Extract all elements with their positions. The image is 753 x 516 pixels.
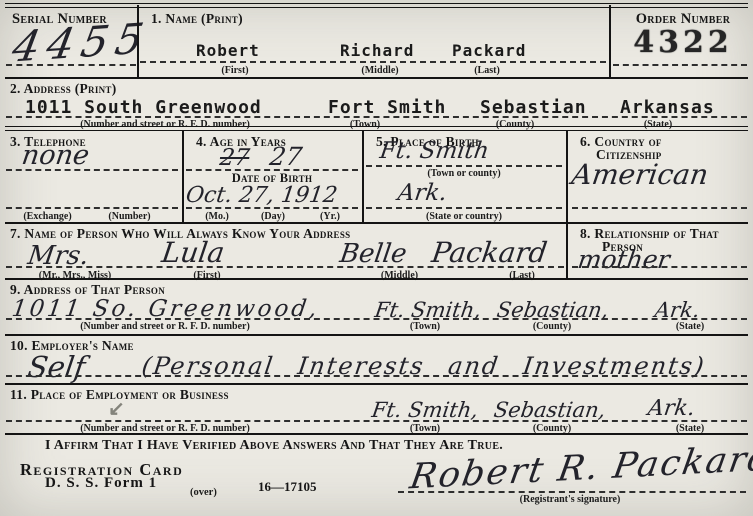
divider-name-order bbox=[609, 5, 611, 77]
contact-entry-line bbox=[6, 266, 564, 268]
order-number-value: 4322 bbox=[616, 25, 750, 60]
contact-first-value: Lula bbox=[160, 236, 227, 269]
contact-address-entry-line bbox=[6, 318, 747, 320]
address-entry-line bbox=[6, 116, 747, 118]
name-last-sublabel: (Last) bbox=[452, 65, 522, 76]
signature-sublabel: (Registrant's signature) bbox=[470, 494, 670, 505]
rule-row6-bottom bbox=[5, 383, 748, 385]
dob-mo-sublabel: (Mo.) bbox=[192, 211, 242, 222]
telephone-number-sublabel: (Number) bbox=[92, 211, 167, 222]
address-county-value: Sebastian bbox=[480, 97, 587, 118]
contact-address-county-sublabel: (County) bbox=[512, 321, 592, 332]
age-value: 27 bbox=[268, 142, 304, 171]
relationship-label-line1: 8. Relationship of That bbox=[580, 226, 719, 242]
contact-address-state-sublabel: (State) bbox=[655, 321, 725, 332]
registration-card: Serial Number 4455 1. Name (Print) Rober… bbox=[0, 0, 753, 516]
print-code: 16—17105 bbox=[258, 479, 317, 495]
divider-age-birth bbox=[362, 130, 364, 222]
employer-entry-line bbox=[6, 375, 747, 377]
top-border bbox=[5, 3, 748, 8]
divider-birth-citizenship bbox=[566, 130, 568, 278]
name-first-sublabel: (First) bbox=[200, 65, 270, 76]
rule-row1-bottom bbox=[5, 77, 748, 79]
contact-address-street-sublabel: (Number and street or R. F. D. number) bbox=[50, 321, 280, 332]
employment-entry-line bbox=[6, 420, 747, 422]
over-note: (over) bbox=[190, 487, 217, 498]
form-number: D. S. S. Form 1 bbox=[45, 475, 157, 492]
employment-county-value: Sebastian, bbox=[492, 398, 607, 422]
dob-yr-sublabel: (Yr.) bbox=[305, 211, 355, 222]
birthplace-state-line bbox=[366, 207, 562, 209]
relationship-value: mother bbox=[576, 245, 672, 274]
relationship-entry-line bbox=[572, 266, 747, 268]
dob-value: Oct. 27, 1912 bbox=[184, 183, 339, 208]
citizenship-entry-line bbox=[572, 207, 747, 209]
name-entry-line bbox=[140, 61, 606, 63]
address-state-value: Arkansas bbox=[620, 97, 715, 118]
address-label: 2. Address (Print) bbox=[10, 81, 117, 97]
name-middle-sublabel: (Middle) bbox=[345, 65, 415, 76]
dob-entry-line bbox=[186, 207, 358, 209]
citizenship-value: American bbox=[570, 158, 711, 191]
telephone-exchange-sublabel: (Exchange) bbox=[10, 211, 85, 222]
rule-row7-bottom bbox=[5, 433, 748, 435]
rule-row5-bottom bbox=[5, 334, 748, 336]
serial-number-value: 4455 bbox=[9, 13, 155, 71]
contact-last-value: Packard bbox=[430, 236, 550, 269]
serial-entry-line bbox=[6, 64, 136, 66]
birthplace-state-sublabel: (State or country) bbox=[366, 211, 562, 222]
employment-town-value: Ft. Smith, bbox=[370, 398, 479, 422]
divider-tel-age bbox=[182, 130, 184, 222]
birthplace-town-value: Ft. Smith bbox=[378, 138, 490, 164]
employer-value-main: Self bbox=[26, 350, 88, 384]
contact-address-town-sublabel: (Town) bbox=[390, 321, 460, 332]
telephone-value: none bbox=[20, 140, 91, 171]
telephone-entry-line bbox=[6, 169, 178, 171]
rule-row2-bottom bbox=[5, 126, 748, 131]
birthplace-state-value: Ark. bbox=[396, 180, 449, 206]
name-label: 1. Name (Print) bbox=[151, 11, 243, 27]
dob-day-sublabel: (Day) bbox=[248, 211, 298, 222]
age-crossed-value: 27 bbox=[218, 145, 251, 171]
name-first-value: Robert bbox=[196, 41, 260, 60]
signature-line bbox=[398, 491, 746, 493]
contact-middle-value: Belle bbox=[338, 239, 409, 269]
telephone-entry-line2 bbox=[6, 207, 178, 209]
rule-row4-bottom bbox=[5, 278, 748, 280]
name-last-value: Packard bbox=[452, 41, 526, 60]
pencil-mark-icon: ↙ bbox=[108, 396, 125, 421]
address-town-value: Fort Smith bbox=[328, 97, 446, 118]
address-street-value: 1011 South Greenwood bbox=[25, 97, 262, 118]
order-entry-line bbox=[613, 64, 747, 66]
divider-serial-name bbox=[137, 5, 139, 77]
affirmation-text: I Affirm That I Have Verified Above Answ… bbox=[45, 438, 503, 454]
birthplace-town-line bbox=[366, 165, 562, 167]
name-middle-value: Richard bbox=[340, 41, 414, 60]
birthplace-town-sublabel: (Town or county) bbox=[366, 168, 562, 179]
rule-row3-bottom bbox=[5, 222, 748, 224]
employment-state-value: Ark. bbox=[646, 396, 696, 421]
